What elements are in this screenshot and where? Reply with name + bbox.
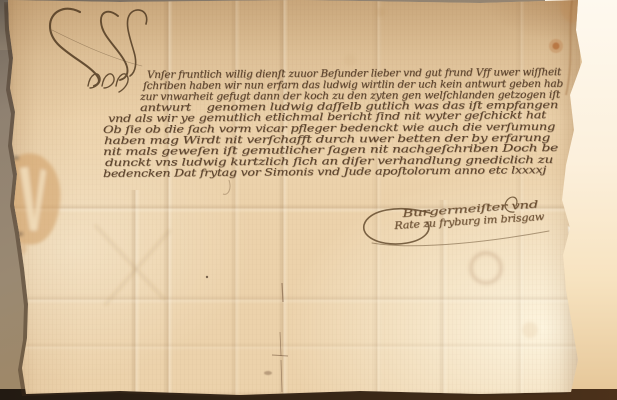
fold-crease-horizontal xyxy=(0,342,617,351)
fold-crease-vertical xyxy=(130,190,140,400)
watermark-ring xyxy=(471,253,501,283)
opening-flourish-icon xyxy=(50,9,147,92)
manuscript-paper: Vnſer fruntlich willig dienſt zuuor Beſu… xyxy=(0,0,617,400)
fold-crease-vertical xyxy=(372,0,382,400)
fold-crease-horizontal xyxy=(0,295,617,304)
fold-crease-vertical xyxy=(438,200,448,400)
fold-crease-vertical xyxy=(278,0,288,400)
manuscript-line: bedencken Dat frytag vor Simonis vnd Jud… xyxy=(103,166,546,180)
manuscript-photo: Vnſer fruntlich willig dienſt zuuor Beſu… xyxy=(0,0,617,400)
diagonal-creases xyxy=(95,225,170,305)
crease-ink-marks xyxy=(206,180,288,392)
fold-crease-vertical xyxy=(163,0,173,400)
fold-crease-vertical xyxy=(230,0,240,400)
